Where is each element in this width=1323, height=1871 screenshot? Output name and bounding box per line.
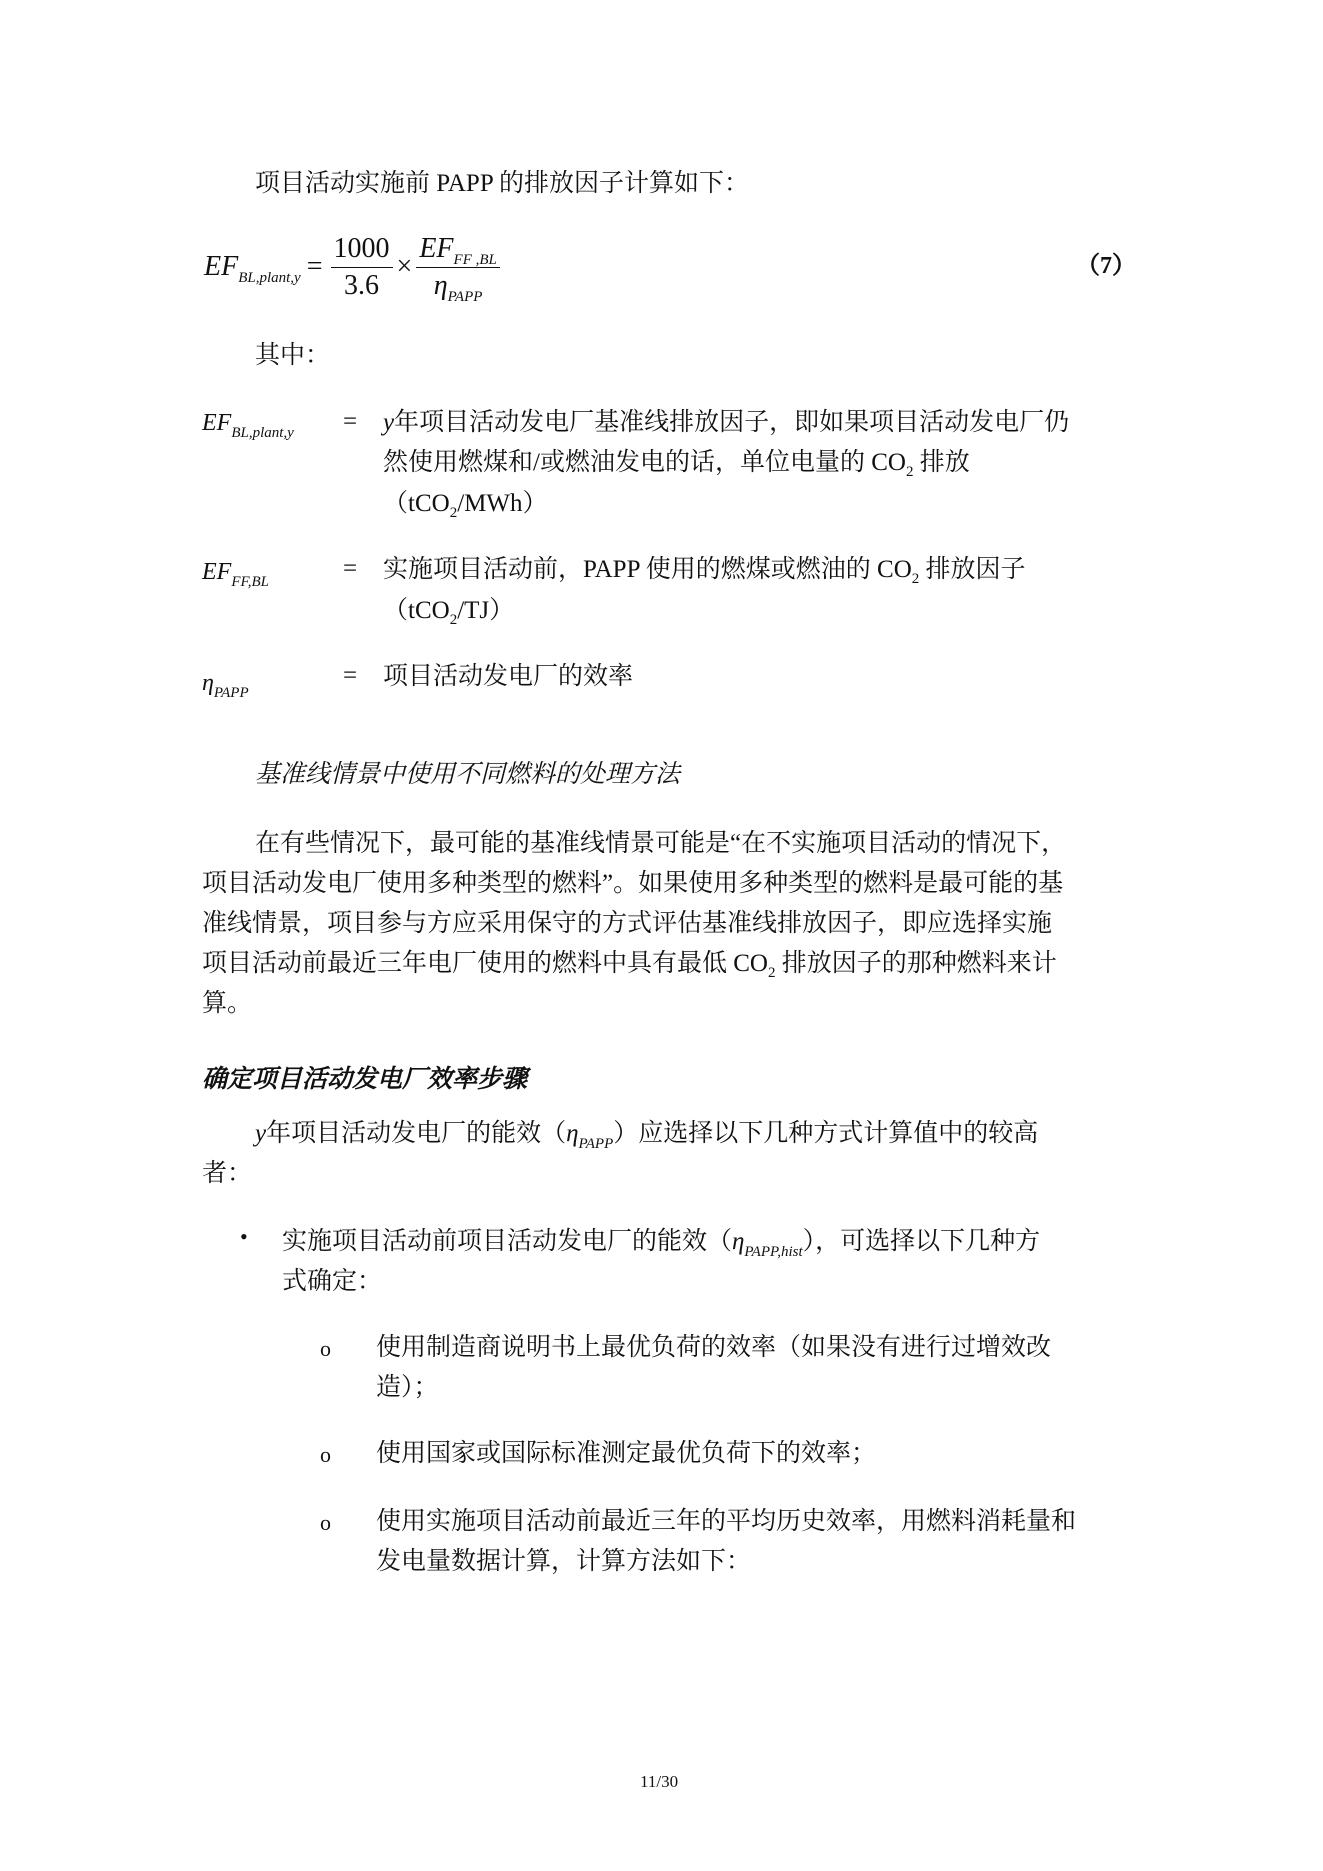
definition-unit-line: （tCO2/TJ） [383,591,514,631]
ef-sub: FF ,BL [454,252,497,268]
equation-number: （7） [1076,245,1136,280]
sub-bullet-circle-icon: o [320,1510,331,1536]
eq-lhs-sub: BL,plant,y [238,270,301,286]
section-heading-efficiency-steps: 确定项目活动发电厂效率步骤 [202,1060,527,1100]
definition-text-line: y年项目活动发电厂基准线排放因子，即如果项目活动发电厂仍 [383,403,1069,443]
page-number: 11/30 [640,1772,678,1792]
fraction-denominator: ηPAPP [431,268,486,302]
eta-symbol: η [434,270,448,301]
equation-7: EFBL,plant,y = 1000 3.6 × EFFF ,BL ηPAPP [204,228,502,306]
eq-lhs: EFBL,plant,y [204,251,301,283]
section-heading-fuel-handling: 基准线情景中使用不同燃料的处理方法 [255,755,680,795]
definition-symbol-ef-ff-bl: EFFF,BL [202,559,269,586]
eq-lhs-main: EF [204,251,238,282]
sub-bullet-circle-icon: o [320,1442,331,1468]
paragraph-line: 项目活动发电厂使用多种类型的燃料”。如果使用多种类型的燃料是最可能的基 [202,864,1063,904]
sub-bullet-circle-icon: o [320,1336,331,1362]
definition-text-line: 然使用燃煤和/或燃油发电的话，单位电量的 CO2 排放 [383,443,970,483]
intro-text: 项目活动实施前 PAPP 的排放因子计算如下： [255,164,749,204]
bullet-dot-icon: • [240,1224,248,1250]
fraction-ef-over-eta: EFFF ,BL ηPAPP [416,233,500,302]
eq-equals: = [307,251,323,283]
sub-item-line: 使用制造商说明书上最优负荷的效率（如果没有进行过增效改 [376,1328,1051,1368]
eq-times: × [397,251,413,283]
where-label: 其中： [255,336,330,376]
sub-item-line: 使用实施项目活动前最近三年的平均历史效率，用燃料消耗量和 [376,1502,1076,1542]
definition-symbol-ef-bl-plant-y: EFBL,plant,y [202,410,294,437]
paragraph-line: 算。 [202,984,252,1024]
paragraph-line: 准线情景，项目参与方应采用保守的方式评估基准线排放因子，即应选择实施 [202,904,1052,944]
fraction-denominator: 3.6 [341,268,382,302]
fraction-numerator: EFFF ,BL [416,233,500,268]
sub-item-line: 造）； [376,1368,439,1408]
definition-equals: = [343,408,357,436]
eta-sub: PAPP [448,289,483,305]
ef-symbol: EF [419,233,453,264]
paragraph-line: 在有些情况下，最可能的基准线情景可能是“在不实施项目活动的情况下， [255,824,1066,864]
definition-text-line: 实施项目活动前，PAPP 使用的燃煤或燃油的 CO2 排放因子 [383,550,1026,590]
definition-unit-line: （tCO2/MWh） [383,484,547,524]
definition-symbol-eta-papp: ηPAPP [202,670,249,697]
definition-text-line: 项目活动发电厂的效率 [383,657,633,697]
sub-item-line: 使用国家或国际标准测定最优负荷下的效率； [376,1434,876,1474]
fraction-1000-over-3-6: 1000 3.6 [331,233,393,302]
definition-equals: = [343,662,357,690]
paragraph-line: 者： [202,1154,252,1194]
paragraph-line: 项目活动前最近三年电厂使用的燃料中具有最低 CO2 排放因子的那种燃料来计 [202,944,1057,984]
bullet-item-line: 式确定： [282,1262,382,1302]
paragraph-line: y年项目活动发电厂的能效（ηPAPP）应选择以下几种方式计算值中的较高 [255,1114,1038,1154]
definition-equals: = [343,555,357,583]
fraction-numerator: 1000 [331,233,393,268]
sub-item-line: 发电量数据计算，计算方法如下： [376,1542,751,1582]
bullet-item-line: 实施项目活动前项目活动发电厂的能效（ηPAPP,hist），可选择以下几种方 [282,1222,1040,1262]
